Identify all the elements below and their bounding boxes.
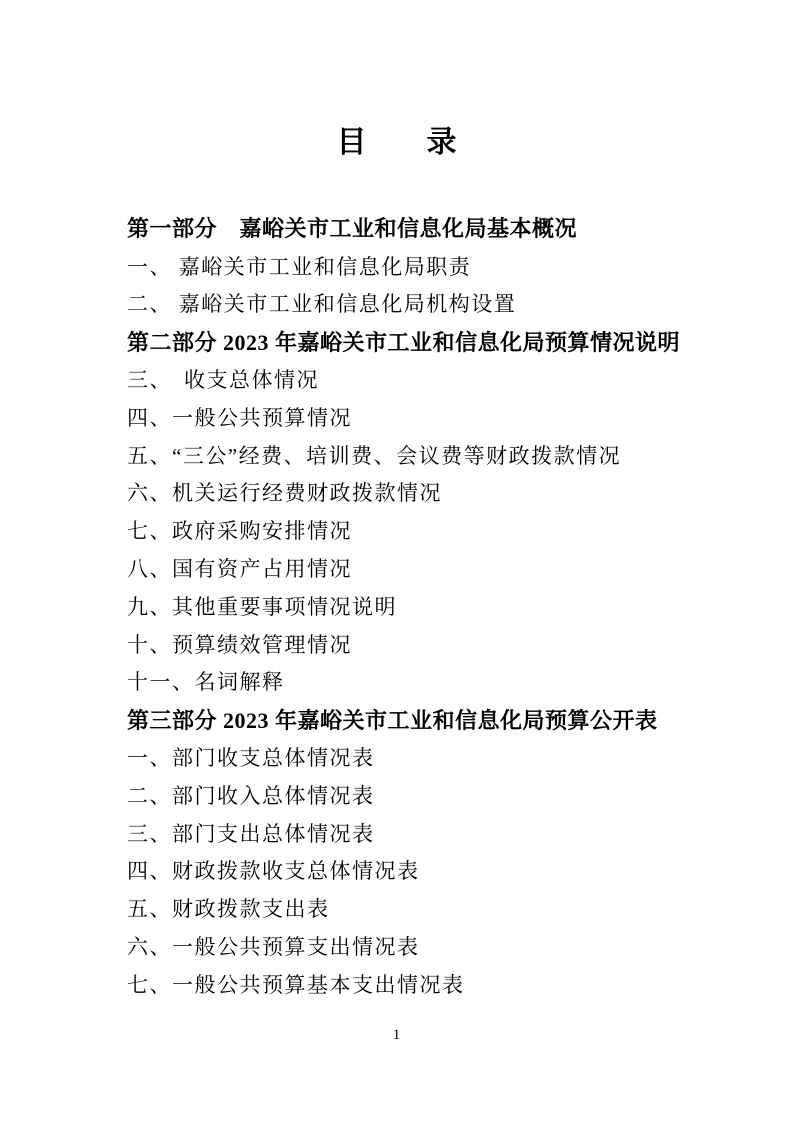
toc-item: 八、国有资产占用情况 bbox=[127, 549, 763, 587]
toc-item: 二、部门收入总体情况表 bbox=[127, 776, 763, 814]
toc-section-heading: 第三部分 2023 年嘉峪关市工业和信息化局预算公开表 bbox=[127, 700, 763, 738]
toc-item: 三、 收支总体情况 bbox=[127, 360, 763, 398]
toc-item: 九、其他重要事项情况说明 bbox=[127, 587, 763, 625]
toc-item: 七、一般公共预算基本支出情况表 bbox=[127, 965, 763, 1003]
toc-item: 五、财政拨款支出表 bbox=[127, 889, 763, 927]
toc-item: 一、部门收支总体情况表 bbox=[127, 738, 763, 776]
toc-item: 四、一般公共预算情况 bbox=[127, 398, 763, 436]
toc-item: 五、“三公”经费、培训费、会议费等财政拨款情况 bbox=[127, 436, 763, 474]
table-of-contents: 第一部分 嘉峪关市工业和信息化局基本概况 一、 嘉峪关市工业和信息化局职责 二、… bbox=[127, 209, 763, 1003]
document-page: 目 录 第一部分 嘉峪关市工业和信息化局基本概况 一、 嘉峪关市工业和信息化局职… bbox=[0, 0, 793, 1122]
toc-item: 十、预算绩效管理情况 bbox=[127, 625, 763, 663]
toc-item: 七、政府采购安排情况 bbox=[127, 511, 763, 549]
page-number: 1 bbox=[0, 1026, 793, 1044]
toc-item: 一、 嘉峪关市工业和信息化局职责 bbox=[127, 247, 763, 285]
page-title: 目 录 bbox=[0, 127, 793, 159]
toc-item: 十一、名词解释 bbox=[127, 663, 763, 701]
toc-section-heading: 第一部分 嘉峪关市工业和信息化局基本概况 bbox=[127, 209, 763, 247]
toc-item: 四、财政拨款收支总体情况表 bbox=[127, 852, 763, 890]
toc-item: 六、机关运行经费财政拨款情况 bbox=[127, 474, 763, 512]
toc-item: 三、部门支出总体情况表 bbox=[127, 814, 763, 852]
toc-item: 二、 嘉峪关市工业和信息化局机构设置 bbox=[127, 285, 763, 323]
toc-section-heading: 第二部分 2023 年嘉峪关市工业和信息化局预算情况说明 bbox=[127, 322, 763, 360]
toc-item: 六、一般公共预算支出情况表 bbox=[127, 927, 763, 965]
